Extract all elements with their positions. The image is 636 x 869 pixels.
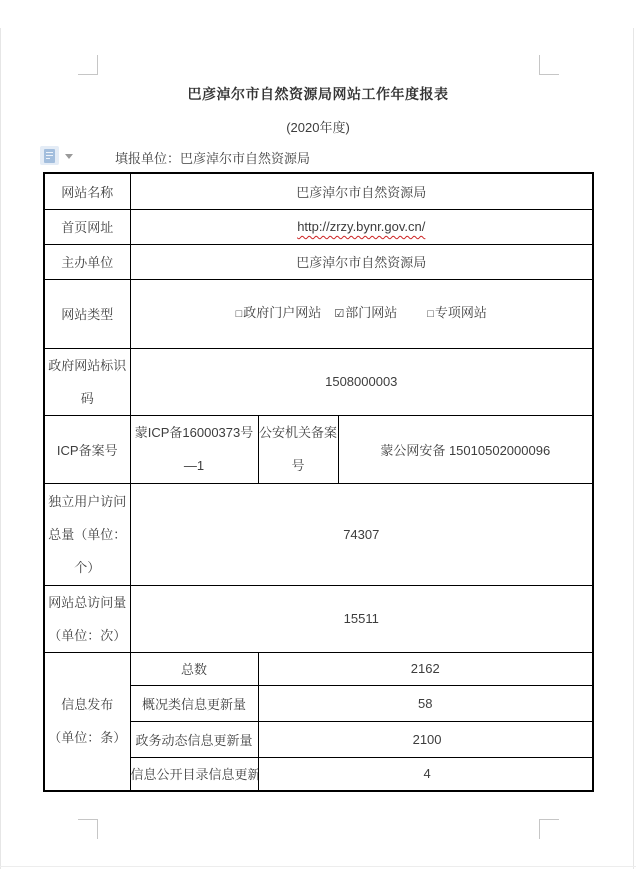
- info-publish-news-value[interactable]: 2100: [258, 721, 593, 757]
- site-type-option-portal: □政府门户网站: [236, 296, 322, 331]
- document-title: 巴彦淖尔市自然资源局网站工作年度报表: [0, 84, 636, 104]
- info-publish-label: 信息发布 （单位：条）: [44, 652, 130, 791]
- site-id-value[interactable]: 1508000003: [130, 348, 593, 415]
- total-visits-value[interactable]: 15511: [130, 585, 593, 652]
- info-publish-total-value[interactable]: 2162: [258, 652, 593, 685]
- option-label: 专项网站: [435, 305, 487, 320]
- sponsor-label: 主办单位: [44, 244, 130, 279]
- table-row: 主办单位 巴彦淖尔市自然资源局: [44, 244, 593, 279]
- table-row: 独立用户访问 总量（单位： 个） 74307: [44, 483, 593, 585]
- chevron-down-icon[interactable]: [65, 154, 73, 159]
- total-visits-label: 网站总访问量 （单位：次）: [44, 585, 130, 652]
- option-label: 政府门户网站: [243, 305, 321, 320]
- checkbox-unchecked-icon: □: [236, 308, 243, 320]
- home-url-text: http://zrzy.bynr.gov.cn/: [297, 219, 425, 234]
- home-url-value[interactable]: http://zrzy.bynr.gov.cn/: [130, 209, 593, 244]
- unique-visitors-value[interactable]: 74307: [130, 483, 593, 585]
- site-name-value[interactable]: 巴彦淖尔市自然资源局: [130, 173, 593, 209]
- unique-visitors-label: 独立用户访问 总量（单位： 个）: [44, 483, 130, 585]
- site-type-option-special: □专项网站: [427, 296, 487, 331]
- page-bottom-edge: [0, 866, 636, 867]
- info-publish-overview-value[interactable]: 58: [258, 685, 593, 721]
- home-url-label: 首页网址: [44, 209, 130, 244]
- page-right-edge: [633, 28, 634, 869]
- info-publish-news-label: 政务动态信息更新量: [130, 721, 258, 757]
- document-page-glyph: [44, 149, 55, 163]
- info-publish-directory-label: 信息公开目录信息更新: [130, 757, 258, 791]
- site-type-value[interactable]: □政府门户网站 ☑部门网站 □专项网站: [130, 279, 593, 348]
- site-id-label: 政府网站标识 码: [44, 348, 130, 415]
- document-subtitle: (2020年度): [0, 117, 636, 136]
- report-unit-label: 填报单位：巴彦淖尔市自然资源局: [115, 148, 310, 167]
- site-name-label: 网站名称: [44, 173, 130, 209]
- police-record-value[interactable]: 蒙公网安备 15010502000096: [338, 415, 593, 483]
- margin-crop-mark-top-right: [539, 55, 559, 75]
- table-row: 政府网站标识 码 1508000003: [44, 348, 593, 415]
- checkbox-checked-icon: ☑: [334, 308, 344, 320]
- table-row: 网站类型 □政府门户网站 ☑部门网站 □专项网站: [44, 279, 593, 348]
- margin-crop-mark-bottom-left: [78, 819, 98, 839]
- table-row: 首页网址 http://zrzy.bynr.gov.cn/: [44, 209, 593, 244]
- paste-options-icon[interactable]: [40, 146, 59, 165]
- site-type-label: 网站类型: [44, 279, 130, 348]
- icp-value[interactable]: 蒙ICP备16000373号 —1: [130, 415, 258, 483]
- margin-crop-mark-bottom-right: [539, 819, 559, 839]
- site-type-options: □政府门户网站 ☑部门网站 □专项网站: [131, 296, 593, 331]
- police-record-label: 公安机关备案 号: [258, 415, 338, 483]
- page-left-edge: [0, 28, 1, 869]
- sponsor-value[interactable]: 巴彦淖尔市自然资源局: [130, 244, 593, 279]
- table-row: ICP备案号 蒙ICP备16000373号 —1 公安机关备案 号 蒙公网安备 …: [44, 415, 593, 483]
- checkbox-unchecked-icon: □: [427, 308, 434, 320]
- option-label: 部门网站: [345, 305, 397, 320]
- table-row: 信息发布 （单位：条） 总数 2162: [44, 652, 593, 685]
- margin-crop-mark-top-left: [78, 55, 98, 75]
- info-publish-directory-value[interactable]: 4: [258, 757, 593, 791]
- icp-label: ICP备案号: [44, 415, 130, 483]
- info-publish-total-label: 总数: [130, 652, 258, 685]
- table-row: 网站总访问量 （单位：次） 15511: [44, 585, 593, 652]
- info-publish-overview-label: 概况类信息更新量: [130, 685, 258, 721]
- table-row: 网站名称 巴彦淖尔市自然资源局: [44, 173, 593, 209]
- site-type-option-department: ☑部门网站: [334, 296, 397, 331]
- annual-report-table: 网站名称 巴彦淖尔市自然资源局 首页网址 http://zrzy.bynr.go…: [43, 172, 594, 792]
